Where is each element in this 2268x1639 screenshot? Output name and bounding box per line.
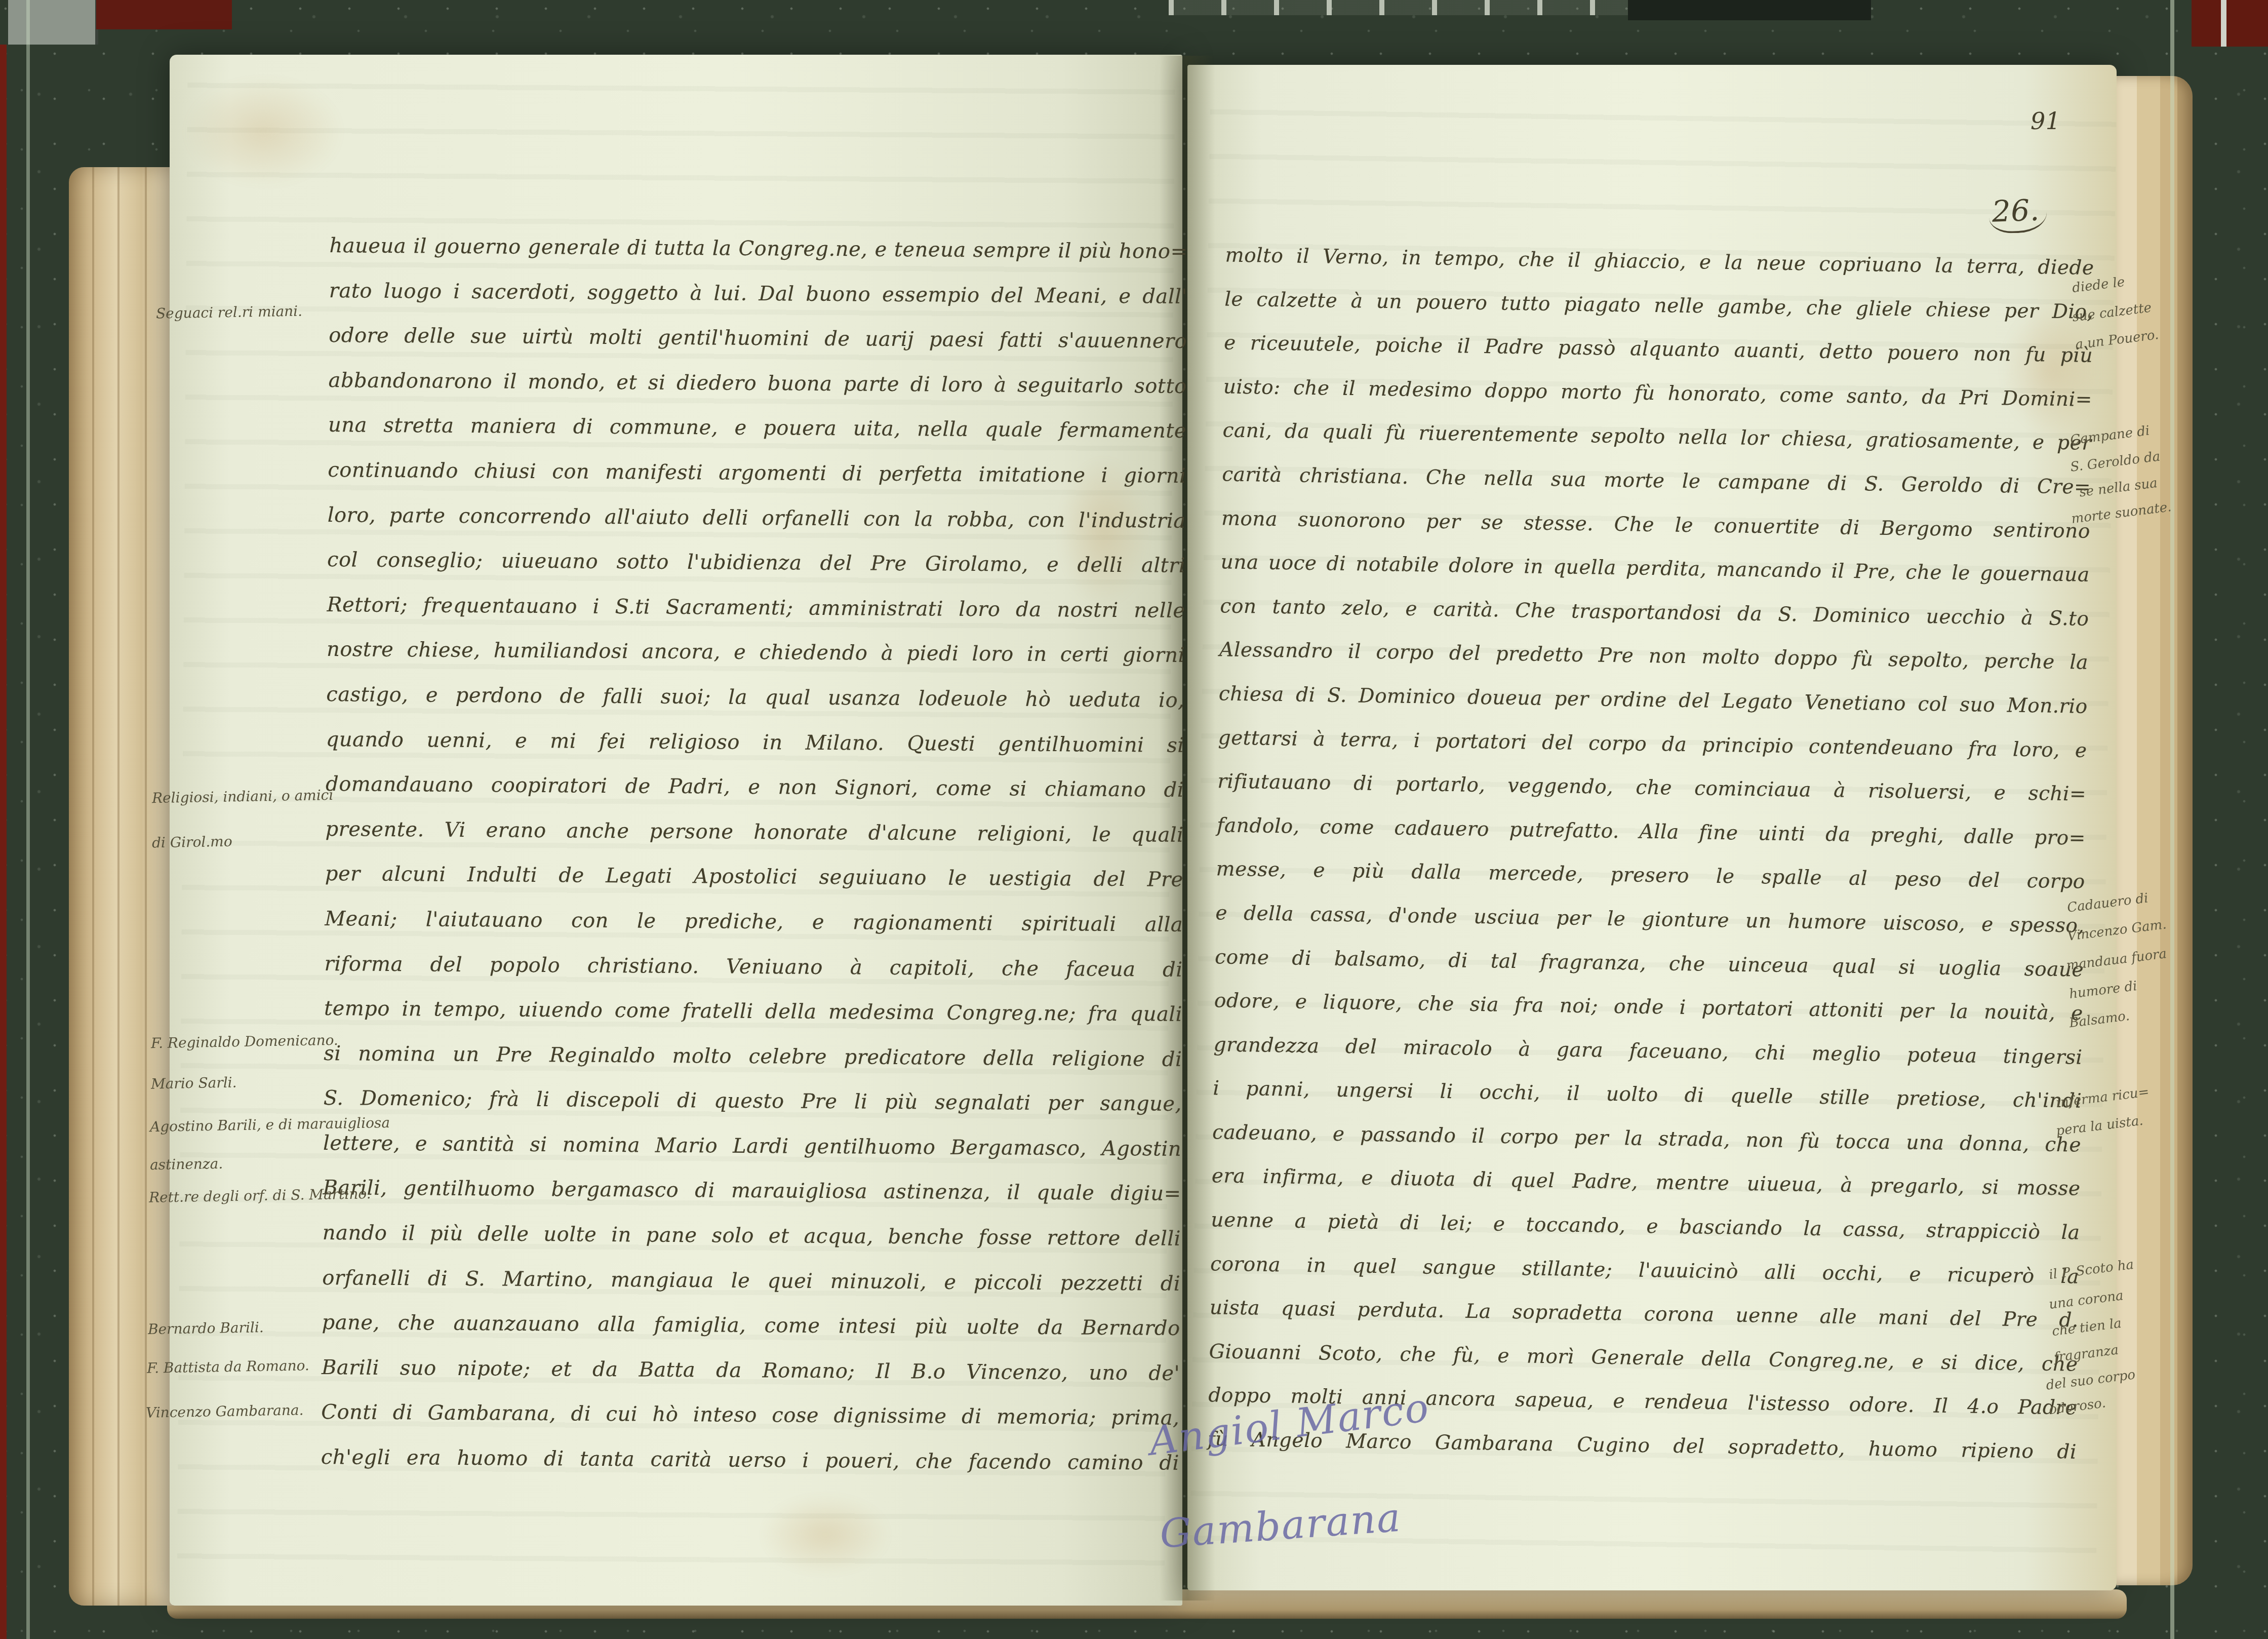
scanner-dark-tile [1628,0,1871,20]
manuscript-line: domandauano coopiratori de Padri, e non … [326,773,1184,824]
scanner-white-line [2221,0,2226,47]
manuscript-line: ch'egli era huomo di tanta carità uerso … [321,1447,1179,1497]
paper-stain [182,76,344,187]
manuscript-line: riforma del popolo christiano. Veniuano … [324,953,1183,1004]
manuscript-line: nostre chiese, humiliandosi ancora, e ch… [326,639,1185,689]
manuscript-line: quando uenni, e mi fei religioso in Mila… [326,729,1184,779]
manuscript-scan: 91 26. haueua il gouerno generale di tut… [0,0,2268,1639]
manuscript-line: tempo in tempo, uiuendo come fratelli de… [324,998,1183,1048]
page-stack-ridge [145,167,147,1606]
manuscript-line: haueua il gouerno generale di tutta la C… [329,235,1188,286]
manuscript-line: abbandonarono il mondo, et si diedero bu… [328,370,1187,420]
manuscript-line: Rettori; frequentauano i S.ti Sacramenti… [327,594,1185,645]
scanner-red-corner [2192,0,2268,47]
manuscript-line: S. Domenico; frà li discepoli di questo … [323,1087,1182,1138]
manuscript-line: rato luogo i sacerdoti, soggetto à lui. … [329,280,1187,331]
paper-stain [760,1494,891,1575]
manuscript-line: continuando chiusi con manifesti argomen… [328,459,1186,510]
right-page-text: molto il Verno, in tempo, che il ghiacci… [1207,245,2094,1486]
page-stack-ridge [92,167,94,1606]
manuscript-line: loro, parte concorrendo all'aiuto delli … [327,504,1186,555]
right-fore-edge [2117,76,2193,1585]
left-page-stack [69,167,173,1606]
manuscript-line: col conseglio; uiueuano sotto l'ubidienz… [327,549,1186,600]
manuscript-line: si nomina un Pre Reginaldo molto celebre… [324,1043,1182,1094]
manuscript-line: castigo, e perdono de falli suoi; la qua… [326,684,1185,734]
scanner-ruler-ticks [1169,0,1629,15]
left-page-text: haueua il gouerno generale di tutta la C… [321,235,1187,1497]
scanner-gray-tile [8,0,98,45]
manuscript-line: Conti di Gambarana, di cui hò inteso cos… [321,1401,1180,1452]
glass-edge-right [2170,0,2174,1639]
manuscript-line: per alcuni Indulti de Legati Apostolici … [325,863,1183,914]
manuscript-line: Barili suo nipote; et da Batta da Romano… [322,1357,1180,1408]
page-stack-ridge [117,167,120,1606]
folio-number: 91 [2031,107,2061,135]
manuscript-line: nando il più delle uolte in pane solo et… [322,1222,1181,1273]
scanner-red-tape [96,0,232,29]
manuscript-line: Barili, gentilhuomo bergamasco di maraui… [323,1178,1181,1228]
manuscript-line: odore delle sue uirtù molti gentil'huomi… [329,325,1187,375]
manuscript-line: orfanelli di S. Martino, mangiaua le que… [322,1267,1181,1318]
red-edge-strip [0,45,7,1639]
manuscript-line: lettere, e santità si nomina Mario Lardi… [323,1133,1182,1183]
manuscript-line: una stretta maniera di commune, e pouera… [328,414,1187,465]
manuscript-line: presente. Vi erano anche persone honorat… [325,818,1184,869]
manuscript-line: Meani; l'aiutauano con le prediche, e ra… [325,908,1183,959]
glass-edge-left [26,0,30,1639]
manuscript-line: pane, che auanzauano alla famiglia, come… [322,1312,1180,1362]
